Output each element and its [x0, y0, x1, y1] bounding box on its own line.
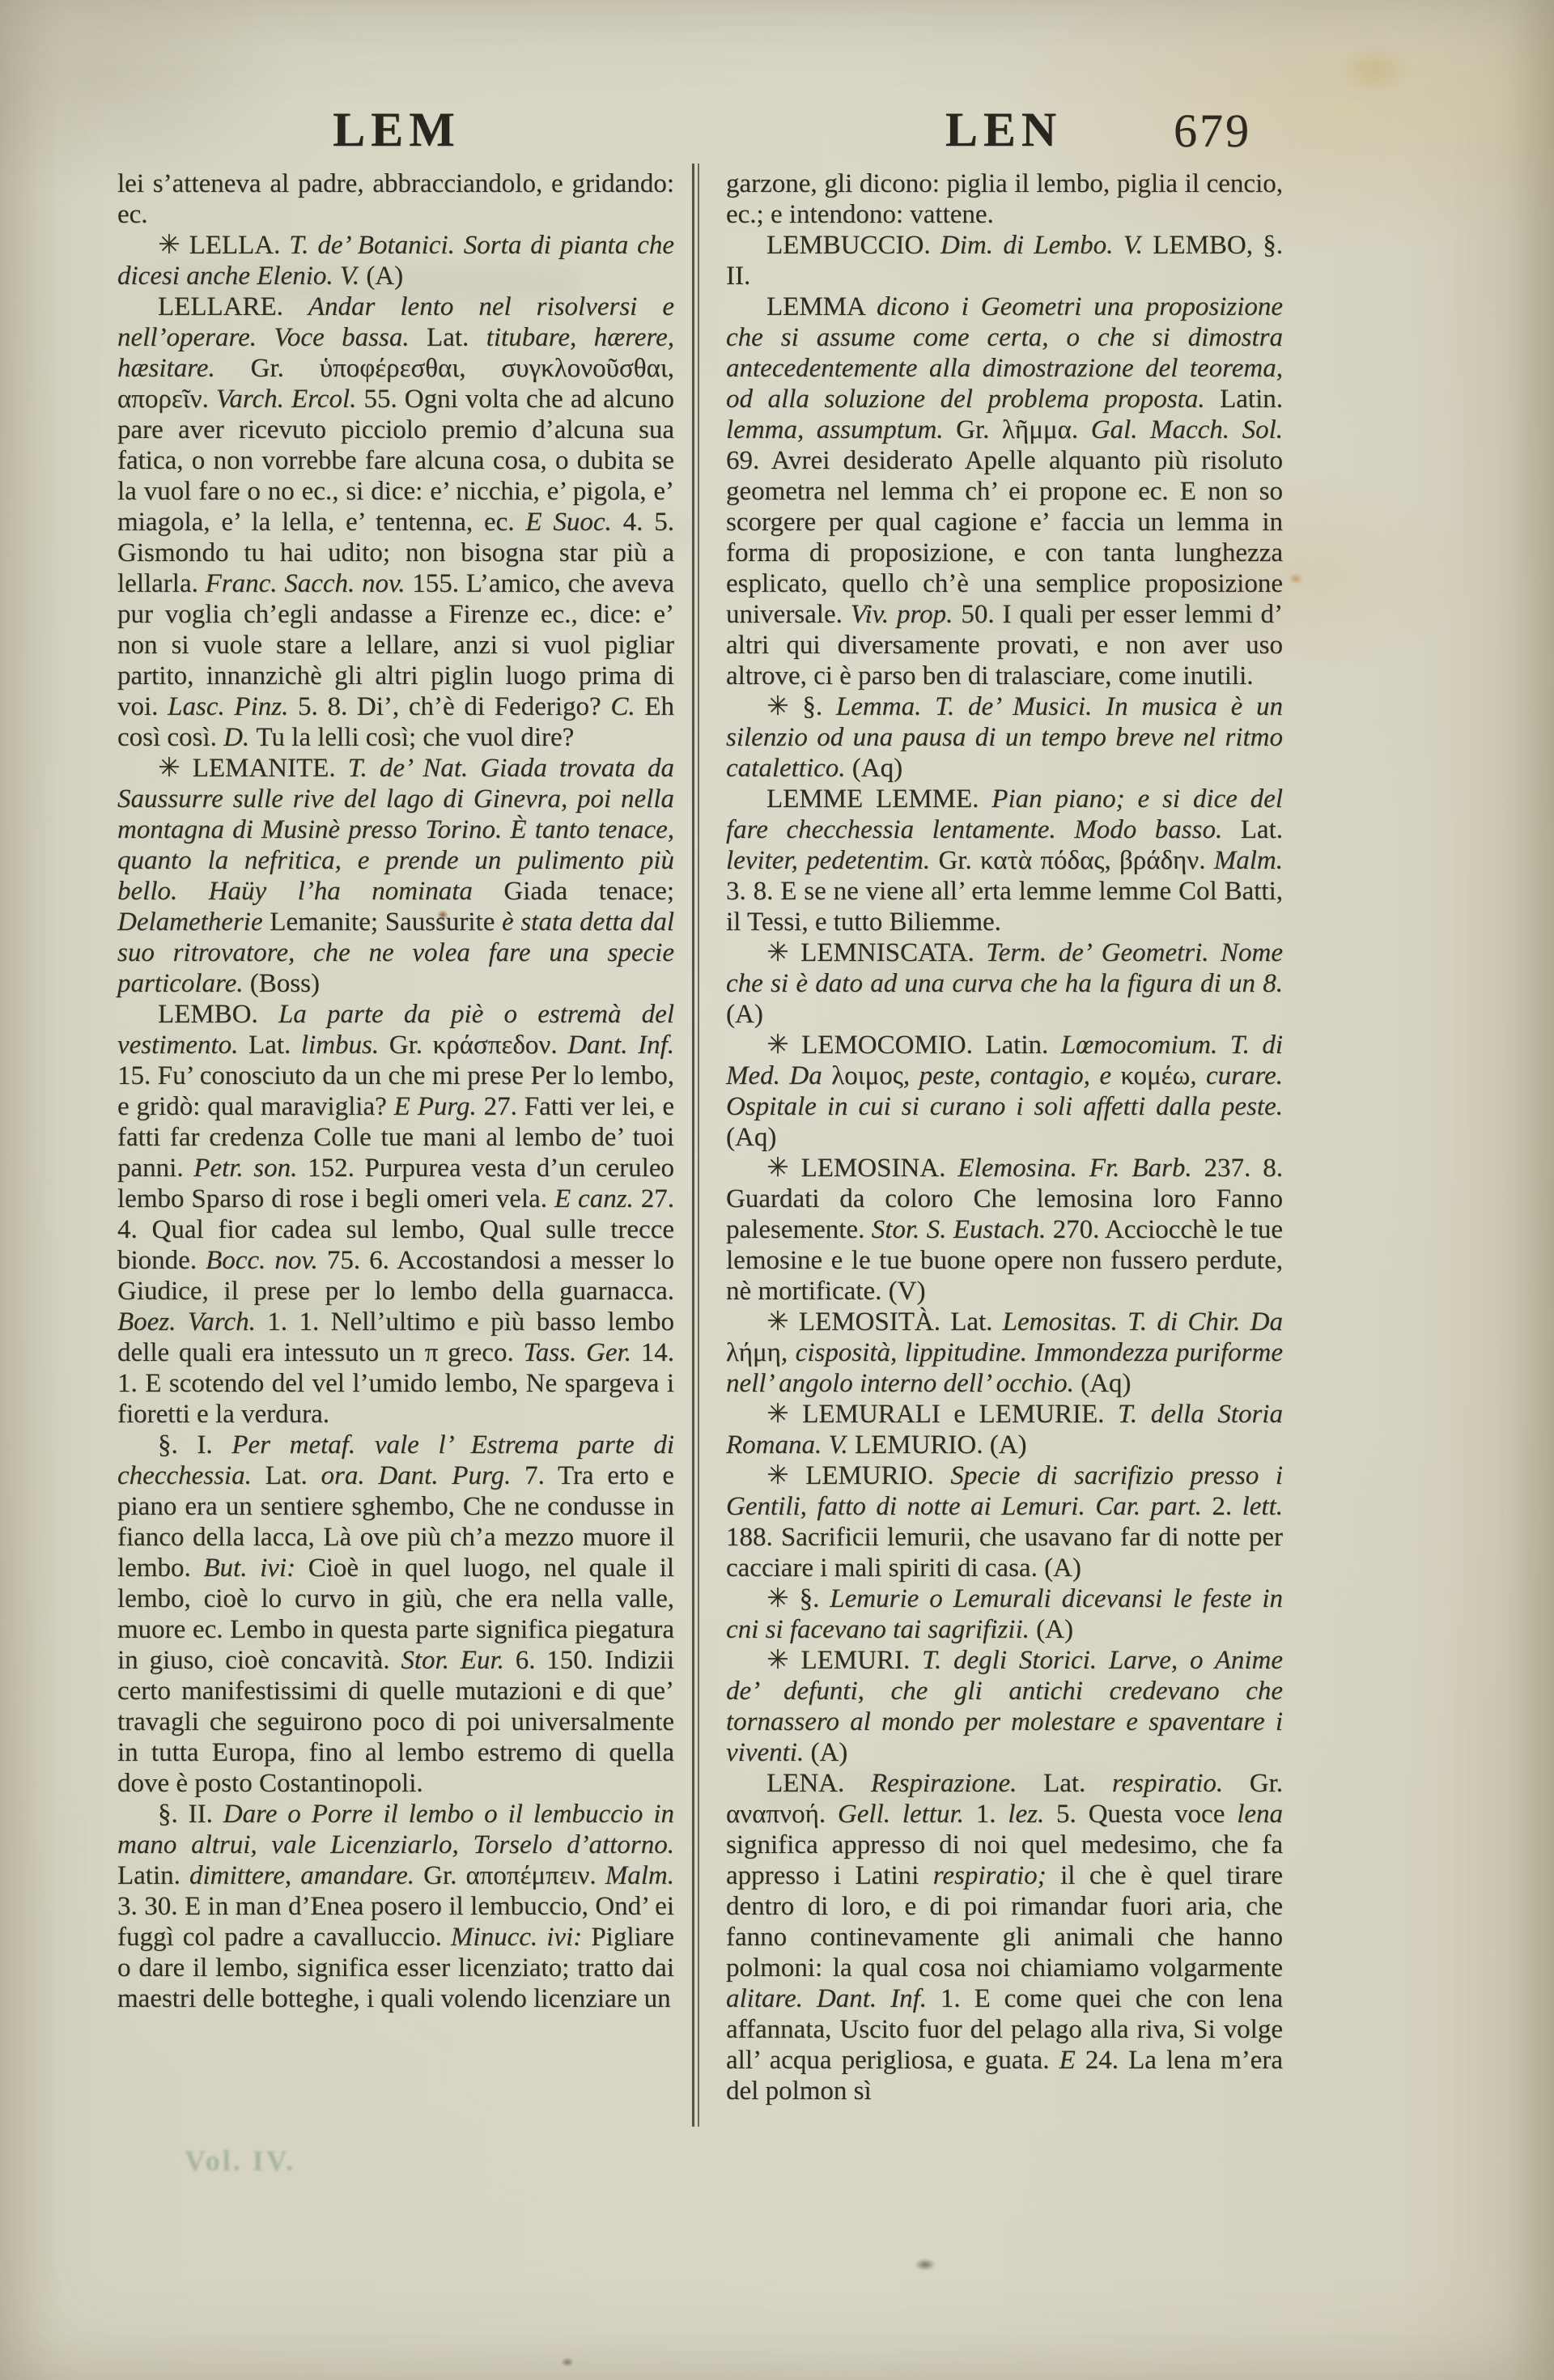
- roman-run: λήμη: [726, 1338, 781, 1367]
- roman-run: ✳ LEMANITE.: [158, 754, 348, 783]
- roman-run: 1.: [976, 1800, 1008, 1829]
- roman-run: ✳ §.: [766, 692, 836, 721]
- dictionary-entry-paragraph: garzone, gli dicono: piglia il lembo, pi…: [726, 168, 1283, 230]
- dictionary-entry-paragraph: LEMMA dicono i Geometri una proposizione…: [726, 291, 1283, 691]
- italic-run: Respirazione.: [871, 1769, 1043, 1798]
- roman-run: (A): [726, 1000, 763, 1029]
- roman-run: LEMME LEMME.: [766, 784, 991, 814]
- dictionary-entry-paragraph: LELLARE. Andar lento nel risolversi e ne…: [117, 291, 674, 753]
- dictionary-entry-paragraph: ✳ LELLA. T. de’ Botanici. Sorta di piant…: [117, 230, 674, 291]
- left-column: lei s’atteneva al padre, abbracciandolo,…: [117, 168, 674, 2014]
- italic-run: Varch. Ercol.: [216, 385, 364, 414]
- column-divider: [691, 164, 701, 2127]
- roman-run: Latin.: [1220, 385, 1283, 414]
- italic-run: Malm.: [605, 1861, 674, 1890]
- italic-run: E: [1059, 2046, 1085, 2075]
- roman-run: Gr. λῆμμα.: [956, 415, 1091, 444]
- roman-run: λοιμος: [831, 1061, 903, 1090]
- roman-run: Gr. κράσπεδον.: [389, 1031, 567, 1060]
- italic-run: Viv. prop.: [851, 600, 962, 629]
- italic-run: C.: [610, 692, 644, 721]
- italic-run: Elemosina. Fr. Barb.: [957, 1154, 1204, 1183]
- roman-run: lei s’atteneva al padre, abbracciandolo,…: [117, 169, 674, 229]
- dictionary-entry-paragraph: ✳ LEMURI. T. degli Storici. Larve, o Ani…: [726, 1645, 1283, 1768]
- roman-run: (Aq): [1081, 1369, 1131, 1398]
- roman-run: ✳ LEMURALI e LEMURIE.: [766, 1400, 1118, 1429]
- divider-rule: [698, 164, 699, 2127]
- dictionary-entry-paragraph: §. II. Dare o Porre il lembo o il lembuc…: [117, 1799, 674, 2014]
- italic-run: Stor. Eur.: [401, 1646, 515, 1675]
- roman-run: ✳ LEMOCOMIO. Latin.: [766, 1031, 1061, 1060]
- italic-run: Gell. lettur.: [838, 1800, 976, 1829]
- dictionary-entry-paragraph: ✳ LEMOCOMIO. Latin. Lœmocomium. T. di Me…: [726, 1030, 1283, 1153]
- roman-run: Tu la lelli così; che vuol dire?: [256, 723, 574, 752]
- italic-run: Dim. di Lembo. V.: [940, 231, 1153, 260]
- dictionary-entry-paragraph: LEMBUCCIO. Dim. di Lembo. V. LEMBO, §. I…: [726, 230, 1283, 291]
- roman-run: Lat.: [1043, 1769, 1112, 1798]
- roman-run: LEMBO.: [158, 1000, 278, 1029]
- italic-run: lena: [1237, 1800, 1283, 1829]
- dictionary-page-scan: LEM LEN 679 lei s’atteneva al padre, abb…: [0, 0, 1554, 2380]
- italic-run: respiratio;: [933, 1861, 1060, 1890]
- roman-run: LELLARE.: [158, 292, 308, 321]
- roman-run: (Aq): [726, 1123, 776, 1152]
- dictionary-entry-paragraph: ✳ LEMANITE. T. de’ Nat. Giada trovata da…: [117, 753, 674, 999]
- dictionary-entry-paragraph: ✳ LEMOSINA. Elemosina. Fr. Barb. 237. 8.…: [726, 1153, 1283, 1307]
- italic-run: E Purg.: [394, 1092, 484, 1121]
- roman-run: Latin.: [117, 1861, 189, 1890]
- roman-run: (Boss): [250, 969, 320, 998]
- roman-run: κομέω: [1121, 1061, 1191, 1090]
- roman-run: LEMURIO. (A): [855, 1430, 1027, 1460]
- dictionary-entry-paragraph: ✳ §. Lemurie o Lemurali dicevansi le fes…: [726, 1583, 1283, 1645]
- roman-run: ✳ LEMURI.: [766, 1646, 922, 1675]
- italic-run: lemma, assumptum.: [726, 415, 956, 444]
- roman-run: §. I.: [158, 1430, 231, 1460]
- dictionary-entry-paragraph: ✳ §. Lemma. T. de’ Musici. In musica è u…: [726, 691, 1283, 784]
- roman-run: LEMBUCCIO.: [766, 231, 940, 260]
- italic-run: Dant. Inf.: [567, 1031, 674, 1060]
- roman-run: 2.: [1212, 1492, 1242, 1521]
- roman-run: ✳ LEMOSINA.: [766, 1154, 957, 1183]
- dictionary-entry-paragraph: ✳ LEMOSITÀ. Lat. Lemositas. T. di Chir. …: [726, 1307, 1283, 1399]
- italic-run: Bocc. nov.: [206, 1246, 327, 1275]
- italic-run: E canz.: [554, 1184, 641, 1213]
- italic-run: Stor. S. Eustach.: [872, 1215, 1053, 1244]
- dictionary-entry-paragraph: ✳ LEMURIO. Specie di sacrifizio presso i…: [726, 1460, 1283, 1583]
- italic-run: dimittere, amandare.: [189, 1861, 423, 1890]
- roman-run: Giada tenace;: [503, 877, 674, 906]
- running-head-left: LEM: [117, 102, 676, 159]
- dictionary-entry-paragraph: §. I. Per metaf. vale l’ Estrema parte d…: [117, 1430, 674, 1799]
- right-column: garzone, gli dicono: piglia il lembo, pi…: [726, 168, 1283, 2106]
- italic-run: Lemositas. T. di Chir. Da: [1003, 1307, 1283, 1337]
- dictionary-entry-paragraph: lei s’atteneva al padre, abbracciandolo,…: [117, 168, 674, 230]
- roman-run: 5. 8. Di’, ch’è di Federigo?: [298, 692, 610, 721]
- italic-run: Minucc. ivi:: [451, 1923, 591, 1952]
- roman-run: (A): [810, 1738, 847, 1767]
- dictionary-entry-paragraph: LEMME LEMME. Pian piano; e si dice del f…: [726, 784, 1283, 937]
- foxing-spot: [1289, 573, 1303, 584]
- italic-run: respiratio.: [1112, 1769, 1250, 1798]
- dictionary-entry-paragraph: LENA. Respirazione. Lat. respiratio. Gr.…: [726, 1768, 1283, 2106]
- italic-run: limbus.: [301, 1031, 389, 1060]
- italic-run: leviter, pedetentim.: [726, 846, 938, 875]
- roman-run: ✳ §.: [766, 1584, 830, 1613]
- dictionary-entry-paragraph: ✳ LEMURALI e LEMURIE. T. della Storia Ro…: [726, 1399, 1283, 1460]
- italic-run: Boez. Varch.: [117, 1307, 267, 1337]
- divider-rule: [692, 164, 694, 2127]
- italic-run: Gal. Macch. Sol.: [1091, 415, 1283, 444]
- roman-run: ✳ LELLA.: [158, 231, 289, 260]
- roman-run: (A): [366, 261, 403, 291]
- page-number: 679: [1140, 104, 1285, 160]
- italic-run: , peste, contagio, e: [903, 1061, 1121, 1090]
- roman-run: ✳ LEMNISCATA.: [766, 938, 986, 967]
- ink-speck: [915, 2259, 936, 2271]
- italic-run: But. ivi:: [203, 1553, 308, 1583]
- italic-run: Franc. Sacch. nov.: [206, 569, 413, 598]
- roman-run: 188. Sacrificii lemurii, che usavano far…: [726, 1523, 1283, 1583]
- roman-run: Lat.: [427, 323, 486, 352]
- italic-run: , cisposità, lippitudine. Immondezza pur…: [726, 1338, 1283, 1398]
- roman-run: Lemanite; Saussurite: [270, 907, 502, 937]
- ink-speck: [561, 2357, 574, 2367]
- roman-run: (Aq): [852, 754, 902, 783]
- roman-run: garzone, gli dicono: piglia il lembo, pi…: [726, 169, 1283, 229]
- roman-run: LENA.: [766, 1769, 871, 1798]
- roman-run: §. II.: [158, 1800, 223, 1829]
- roman-run: Lat.: [1241, 815, 1283, 844]
- roman-run: Gr. αποπέμπειν.: [423, 1861, 605, 1890]
- roman-run: ✳ LEMOSITÀ. Lat.: [766, 1307, 1003, 1337]
- roman-run: Gr. κατὰ πόδας, βράδην.: [938, 846, 1213, 875]
- italic-run: alitare. Dant. Inf.: [726, 1984, 940, 2013]
- italic-run: E Suoc.: [525, 508, 622, 537]
- dictionary-entry-paragraph: LEMBO. La parte da piè o estremà del ves…: [117, 999, 674, 1430]
- roman-run: 3. 8. E se ne viene all’ erta lemme lemm…: [726, 877, 1283, 937]
- italic-run: Malm.: [1214, 846, 1283, 875]
- italic-run: Delametherie: [117, 907, 270, 937]
- dictionary-entry-paragraph: ✳ LEMNISCATA. Term. de’ Geometri. Nome c…: [726, 937, 1283, 1030]
- italic-run: D.: [223, 723, 256, 752]
- roman-run: (A): [1036, 1615, 1073, 1644]
- roman-run: ✳ LEMURIO.: [766, 1461, 950, 1490]
- roman-run: Lat.: [265, 1461, 321, 1490]
- roman-run: 5. Questa voce: [1056, 1800, 1237, 1829]
- italic-run: Tass. Ger.: [523, 1338, 640, 1367]
- italic-run: lez.: [1008, 1800, 1056, 1829]
- italic-run: Petr. son.: [193, 1154, 308, 1183]
- volume-mark: Vol. IV.: [185, 2144, 295, 2178]
- roman-run: Lat.: [248, 1031, 301, 1060]
- italic-run: lett.: [1242, 1492, 1283, 1521]
- foxing-spot: [1339, 45, 1412, 94]
- italic-run: ora. Dant. Purg.: [321, 1461, 525, 1490]
- roman-run: LEMMA: [766, 292, 877, 321]
- italic-run: Lasc. Pinz.: [168, 692, 298, 721]
